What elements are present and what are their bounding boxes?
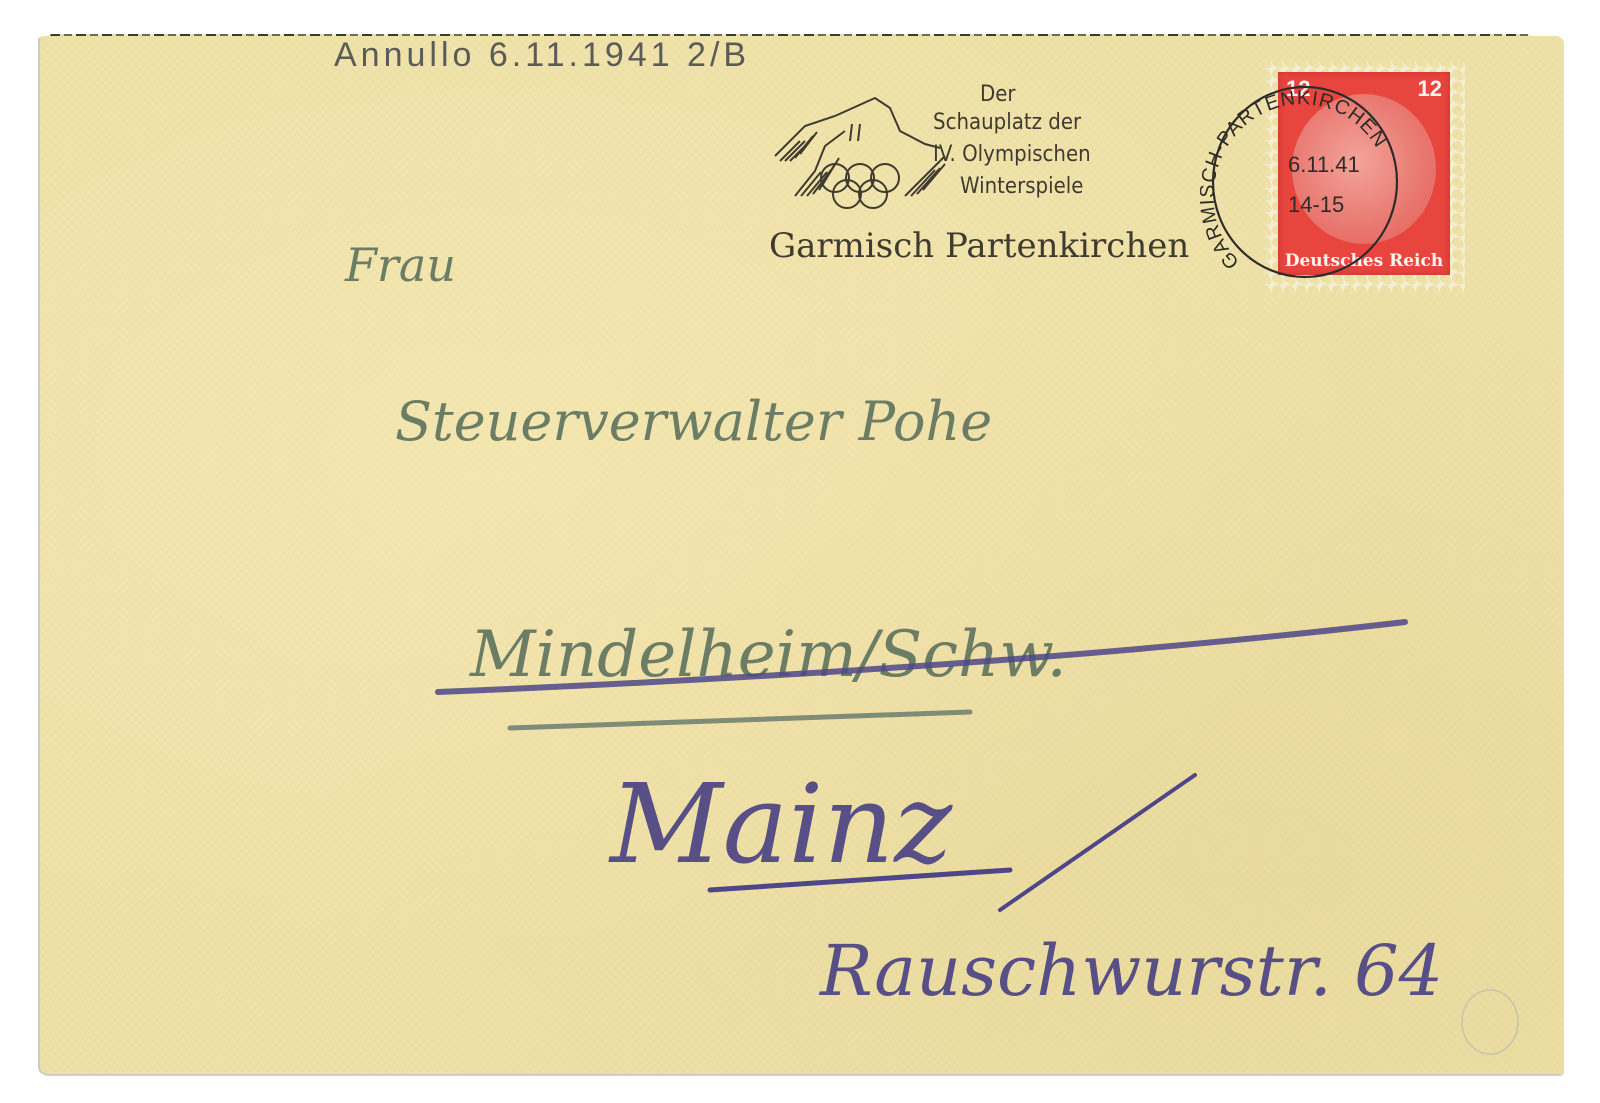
strike-through-line [430,600,1430,740]
stamp-value-right: 12 [1418,76,1442,102]
cancel-town: Garmisch Partenkirchen [769,226,1189,266]
cancel-line-4: Winterspiele [960,174,1083,199]
pencil-annotation: Annullo 6.11.1941 2/B [334,36,750,75]
stamp-country: Deutsches Reich [1284,251,1444,271]
address-name: Steuerverwalter Pohe [395,390,992,453]
cancel-line-1: Der [980,82,1016,107]
cancel-line-2: Schauplatz der [933,110,1081,135]
slogan-cancel: Der Schauplatz der IV. Olympischen Winte… [765,80,1145,280]
faint-circle-mark [1455,985,1525,1060]
address-salutation: Frau [345,238,456,292]
postage-stamp: 12 12 Deutsches Reich [1278,72,1450,275]
city-underline [700,760,1220,920]
hindenburg-medallion-icon [1292,94,1436,244]
stamp-value-left: 12 [1286,76,1310,102]
address-street: Rauschwurstr. 64 [820,930,1443,1012]
cancel-line-3: IV. Olympischen [933,142,1091,167]
